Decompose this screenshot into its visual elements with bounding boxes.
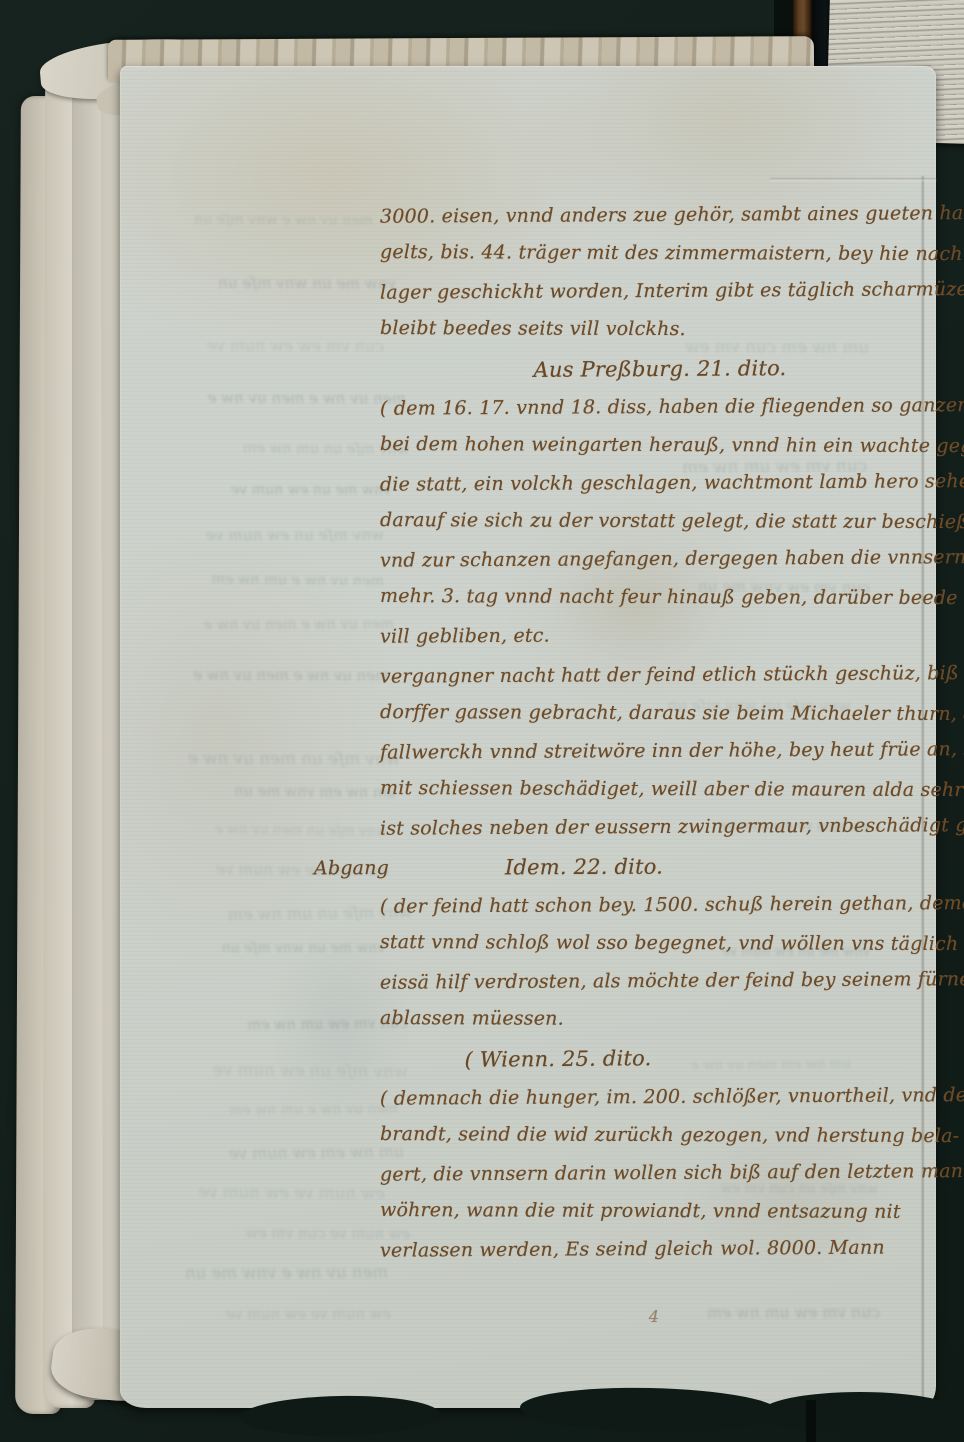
dateline-text: Aus Preßburg. 21. dito. bbox=[534, 356, 787, 382]
manuscript-line: statt vnnd schloß wol sso begegnet, vnd … bbox=[380, 923, 928, 963]
manuscript-line: ist solches neben der eussern zwingermau… bbox=[380, 806, 928, 847]
manuscript-paragraph: vergangner nacht hatt der feind etlich s… bbox=[380, 656, 928, 846]
strap-shadow bbox=[806, 1400, 816, 1442]
manuscript-line: vergangner nacht hatt der feind etlich s… bbox=[380, 654, 928, 695]
manuscript-line: lager geschickht worden, Interim gibt es… bbox=[380, 270, 928, 311]
manuscript-line: vill gebliben, etc. bbox=[380, 614, 928, 655]
manuscript-paragraph: 3000. eisen, vnnd anders zue gehör, samb… bbox=[380, 196, 928, 348]
scribal-mark: 4 bbox=[380, 1298, 928, 1336]
manuscript-line: dorffer gassen gebracht, daraus sie beim… bbox=[380, 693, 928, 733]
fold-crease bbox=[770, 178, 936, 181]
manuscript-line: fallwerckh vnnd streitwöre inn der höhe,… bbox=[380, 730, 928, 771]
manuscript-line: die statt, ein volckh geschlagen, wachtm… bbox=[380, 462, 928, 503]
manuscript-line: verlassen werden, Es seind gleich wol. 8… bbox=[380, 1228, 928, 1269]
marginal-word: Abgang bbox=[314, 849, 389, 887]
manuscript-photo: men uv nw e wnv mſe unvnw me un wnv mſe … bbox=[0, 0, 964, 1442]
manuscript-line: 3000. eisen, vnnd anders zue gehör, samb… bbox=[380, 194, 928, 235]
manuscript-line: ( demnach die hunger, im. 200. schlößer,… bbox=[380, 1076, 928, 1117]
manuscript-line: darauf sie sich zu der vorstatt gelegt, … bbox=[380, 501, 928, 541]
manuscript-line: vnd zur schanzen angefangen, dergegen ha… bbox=[380, 538, 928, 579]
manuscript-line: eissä hilf verdrosten, als möchte der fe… bbox=[380, 960, 928, 1001]
page-bottom-edge bbox=[760, 1392, 960, 1434]
dateline-heading: ( Wienn. 25. dito. bbox=[284, 1038, 832, 1081]
dateline-heading: AbgangIdem. 22. dito. bbox=[310, 847, 858, 888]
manuscript-line: bleibt beedes seits vill volckhs. bbox=[380, 309, 928, 349]
manuscript-paragraph: ( der feind hatt schon bey. 1500. schuß … bbox=[380, 886, 928, 1038]
manuscript-line: wöhren, wann die mit prowiandt, vnnd ent… bbox=[380, 1191, 928, 1231]
manuscript-paragraph: ( demnach die hunger, im. 200. schlößer,… bbox=[380, 1078, 928, 1268]
manuscript-line: brandt, seind die wid zurückh gezogen, v… bbox=[380, 1115, 928, 1155]
manuscript-line: ( dem 16. 17. vnnd 18. diss, haben die f… bbox=[380, 386, 928, 427]
manuscript-paragraph: ( dem 16. 17. vnnd 18. diss, haben die f… bbox=[380, 388, 928, 654]
manuscript-line: mehr. 3. tag vnnd nacht feur hinauß gebe… bbox=[380, 577, 928, 617]
manuscript-line: gert, die vnnsern darin wollen sich biß … bbox=[380, 1152, 928, 1193]
manuscript-line: ( der feind hatt schon bey. 1500. schuß … bbox=[380, 884, 928, 925]
handwritten-text-block: 3000. eisen, vnnd anders zue gehör, samb… bbox=[380, 196, 928, 1336]
dateline-text: Idem. 22. dito. bbox=[505, 855, 663, 880]
manuscript-line: bei dem hohen weingarten herauß, vnnd hi… bbox=[380, 425, 928, 465]
dateline-text: ( Wienn. 25. dito. bbox=[464, 1046, 651, 1072]
manuscript-line: gelts, bis. 44. träger mit des zimmermai… bbox=[380, 233, 928, 273]
manuscript-line: mit schiessen beschädiget, weill aber di… bbox=[380, 769, 928, 809]
manuscript-line: ablassen müessen. bbox=[380, 999, 928, 1039]
dateline-heading: Aus Preßburg. 21. dito. bbox=[386, 348, 934, 390]
